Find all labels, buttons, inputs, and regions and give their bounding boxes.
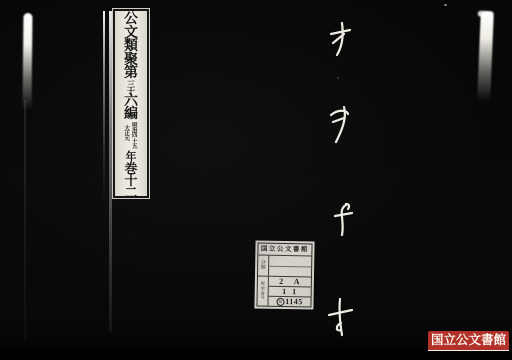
era-column-meiji: 明治四十五 (132, 124, 138, 151)
classification-blank-rows (269, 256, 311, 277)
era-column-taisho: 大正元 (124, 124, 130, 143)
dust-speck (444, 4, 447, 6)
catalog-label-header: 国立公文書館 (258, 244, 311, 257)
cover-edge-line-inner (109, 11, 112, 333)
archival-photo-canvas: 公文類聚第三十六編 大正元 明治四十五 年 巻十二 国立公文書館 分類 (0, 0, 512, 360)
spine-highlight-left (22, 13, 32, 110)
classification-field-label: 分類 (258, 256, 269, 276)
photo-bottom-shadow (0, 351, 512, 360)
classification-section: 分類 (258, 256, 311, 278)
title-slip-volume: 巻十二 (124, 163, 137, 198)
catalog-label-table: 国立公文書館 分類 配架番号 2 A 1 1 類 1145 (256, 243, 312, 308)
catalog-label: 国立公文書館 分類 配架番号 2 A 1 1 類 1145 (254, 240, 314, 309)
binding-stitch-icon (331, 202, 355, 238)
shelf-number-section: 配架番号 2 A 1 1 類 1145 (257, 277, 310, 307)
shelf-number-value: 1145 (285, 297, 303, 306)
shelf-number-rows: 2 A 1 1 類 1145 (268, 277, 310, 307)
category-seal-glyph: 類 (276, 297, 284, 305)
blank-entry-line (269, 266, 311, 276)
binding-stitch-icon (327, 104, 355, 144)
title-slip: 公文類聚第三十六編 大正元 明治四十五 年 巻十二 (113, 9, 149, 198)
binding-stitch-icon (327, 297, 355, 337)
title-slip-era: 大正元 明治四十五 (124, 124, 137, 151)
cover-edge-line-outer (103, 11, 105, 207)
shelf-number-row: 類 1145 (268, 297, 310, 307)
spine-highlight-right (477, 11, 494, 101)
binding-stitch-icon (328, 21, 354, 57)
archives-stamp-japanese: 国立公文書館 (428, 331, 509, 350)
dust-speck (127, 237, 129, 238)
dust-speck (337, 77, 339, 79)
blank-entry-line (269, 256, 311, 267)
shelf-number-field-label: 配架番号 (257, 277, 269, 306)
title-slip-title: 公文類聚第三十六編 (124, 13, 138, 122)
cover-edge-line-left-faint (24, 100, 26, 340)
